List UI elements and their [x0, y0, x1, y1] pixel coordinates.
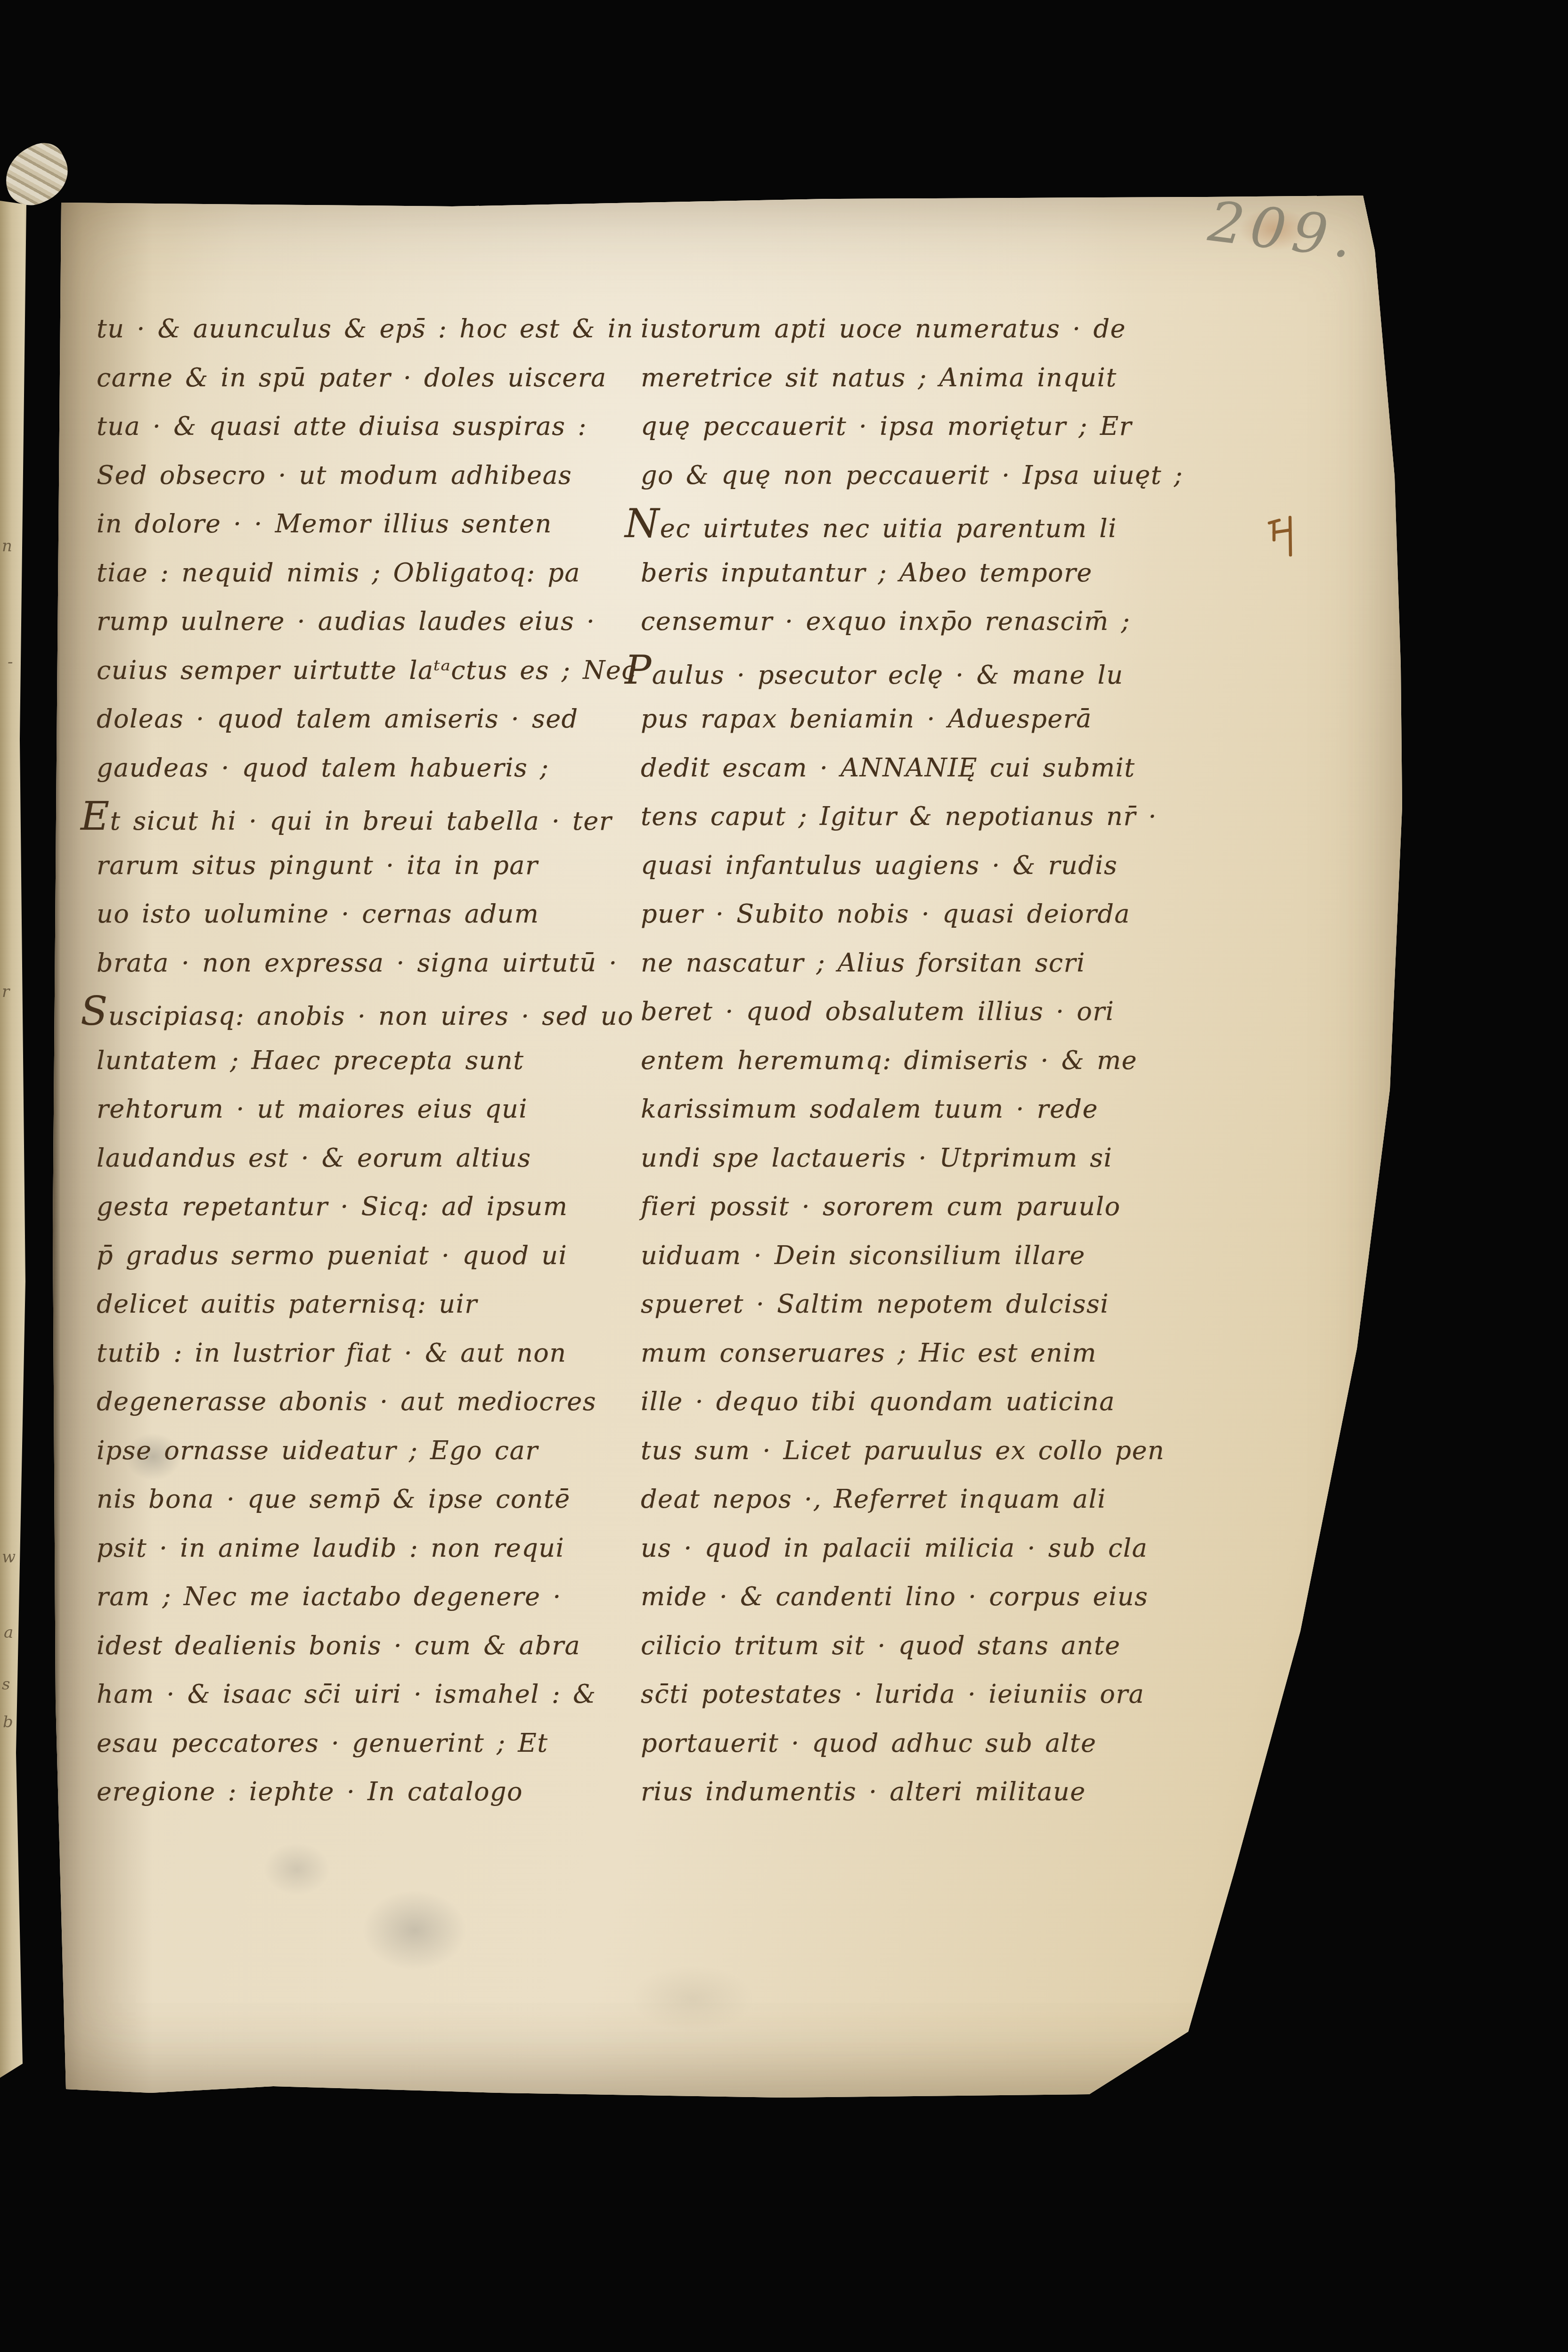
- text-line: gesta repetantur · Sicq: ad ipsum: [97, 1182, 648, 1231]
- text-line: go & quę non peccauerit · Ipsa uiuęt ;: [641, 451, 1234, 500]
- text-line: pus rapax beniamin · Aduesperā: [641, 694, 1234, 743]
- text-line: Paulus · psecutor eclę · & mane lu: [641, 646, 1234, 695]
- text-line: laudandus est · & eorum altius: [97, 1134, 648, 1183]
- text-line: Sed obsecro · ut modum adhibeas: [97, 451, 648, 500]
- facing-page-edge: n-rwasb: [0, 198, 34, 2087]
- text-line: meretrice sit natus ; Anima inquit: [641, 353, 1234, 402]
- text-line: rarum situs pingunt · ita in par: [97, 841, 648, 890]
- text-column-right: iustorum apti uoce numeratus · demeretri…: [641, 304, 1234, 1816]
- text-line: ne nascatur ; Alius forsitan scri: [641, 939, 1234, 988]
- text-column-left: tu · & auunculus & eps̄ : hoc est & inca…: [97, 304, 648, 1816]
- text-line: tiae : nequid nimis ; Obligatoq: pa: [97, 548, 648, 597]
- text-line: rehtorum · ut maiores eius qui: [97, 1085, 648, 1134]
- edge-mark: w: [2, 1549, 16, 1565]
- text-line: degenerasse abonis · aut mediocres: [97, 1377, 648, 1426]
- text-line: ham · & isaac sc̄i uiri · ismahel : &: [97, 1670, 648, 1719]
- gutter-crease: [44, 194, 60, 2102]
- text-line: rius indumentis · alteri militaue: [641, 1767, 1234, 1816]
- text-line: quę peccauerit · ipsa moriętur ; Er: [641, 402, 1234, 451]
- text-line: quasi infantulus uagiens · & rudis: [641, 841, 1234, 890]
- text-line: idest dealienis bonis · cum & abra: [97, 1621, 648, 1670]
- text-line: p̄ gradus sermo pueniat · quod ui: [97, 1231, 648, 1280]
- text-line: entem heremumq: dimiseris · & me: [641, 1036, 1234, 1085]
- text-line: karissimum sodalem tuum · rede: [641, 1085, 1234, 1134]
- page-number: 209.: [1206, 193, 1362, 267]
- text-line: tua · & quasi atte diuisa suspiras :: [97, 402, 648, 451]
- photo-backdrop: n-rwasb 209. tu · & auunculus & eps̄ : h…: [0, 0, 1568, 2352]
- quire-mark-icon: [1266, 509, 1299, 561]
- edge-mark: -: [8, 654, 13, 670]
- text-line: ipse ornasse uideatur ; Ego car: [97, 1426, 648, 1475]
- text-line: delicet auitis paternisq: uir: [97, 1280, 648, 1329]
- edge-mark: b: [3, 1714, 13, 1730]
- text-line: Et sicut hi · qui in breui tabella · ter: [97, 792, 648, 841]
- text-line: fieri possit · sororem cum paruulo: [641, 1182, 1234, 1231]
- text-line: mum conseruares ; Hic est enim: [641, 1329, 1234, 1378]
- text-line: tu · & auunculus & eps̄ : hoc est & in: [97, 304, 648, 353]
- text-line: iustorum apti uoce numeratus · de: [641, 304, 1234, 353]
- text-line: censemur · exquo inxp̄o renascim̄ ;: [641, 597, 1234, 646]
- text-line: doleas · quod talem amiseris · sed: [97, 694, 648, 743]
- text-line: Nec uirtutes nec uitia parentum li: [641, 499, 1234, 548]
- text-line: dedit escam · ANNANIĘ cui submit: [641, 743, 1234, 792]
- text-line: esau peccatores · genuerint ; Et: [97, 1719, 648, 1768]
- text-line: tus sum · Licet paruulus ex collo pen: [641, 1426, 1234, 1475]
- text-line: gaudeas · quod talem habueris ;: [97, 743, 648, 792]
- edge-mark: r: [2, 984, 9, 1000]
- text-line: rump uulnere · audias laudes eius ·: [97, 597, 648, 646]
- text-line: luntatem ; Haec precepta sunt: [97, 1036, 648, 1085]
- smudge: [264, 1843, 330, 1895]
- text-line: deat nepos ·, Referret inquam ali: [641, 1475, 1234, 1524]
- smudge: [631, 1966, 754, 2032]
- text-line: tens caput ; Igitur & nepotianus nr̄ ·: [641, 792, 1234, 841]
- text-line: portauerit · quod adhuc sub alte: [641, 1719, 1234, 1768]
- text-line: puer · Subito nobis · quasi deiorda: [641, 890, 1234, 939]
- text-line: eregione : iephte · In catalogo: [97, 1767, 648, 1816]
- edge-mark: a: [4, 1625, 13, 1641]
- smudge: [363, 1890, 466, 1970]
- text-line: beret · quod obsalutem illius · ori: [641, 987, 1234, 1036]
- text-line: us · quod in palacii milicia · sub cla: [641, 1524, 1234, 1573]
- text-line: uo isto uolumine · cernas adum: [97, 890, 648, 939]
- text-line: undi spe lactaueris · Utprimum si: [641, 1134, 1234, 1183]
- text-line: ram ; Nec me iactabo degenere ·: [97, 1572, 648, 1621]
- text-line: uiduam · Dein siconsilium illare: [641, 1231, 1234, 1280]
- text-line: Suscipiasq: anobis · non uires · sed uo: [97, 987, 648, 1036]
- text-line: spueret · Saltim nepotem dulcissi: [641, 1280, 1234, 1329]
- text-line: carne & in spū pater · doles uiscera: [97, 353, 648, 402]
- text-line: sc̄ti potestates · lurida · ieiuniis ora: [641, 1670, 1234, 1719]
- text-line: psit · in anime laudib : non requi: [97, 1524, 648, 1573]
- text-line: in dolore · · Memor illius senten: [97, 499, 648, 548]
- manuscript-page: 209. tu · & auunculus & eps̄ : hoc est &…: [28, 194, 1406, 2102]
- text-line: cuius semper uirtutte laᵗᵃctus es ; Nec: [97, 646, 648, 695]
- text-line: tutib : in lustrior fiat · & aut non: [97, 1329, 648, 1378]
- text-line: ille · dequo tibi quondam uaticina: [641, 1377, 1234, 1426]
- binding-thread: [0, 136, 78, 214]
- text-line: beris inputantur ; Abeo tempore: [641, 548, 1234, 597]
- text-line: mide · & candenti lino · corpus eius: [641, 1572, 1234, 1621]
- text-line: brata · non expressa · signa uirtutū ·: [97, 939, 648, 988]
- text-line: nis bona · que semp̄ & ipse contē: [97, 1475, 648, 1524]
- edge-mark: n: [2, 538, 12, 554]
- text-line: cilicio tritum sit · quod stans ante: [641, 1621, 1234, 1670]
- edge-mark: s: [2, 1676, 10, 1692]
